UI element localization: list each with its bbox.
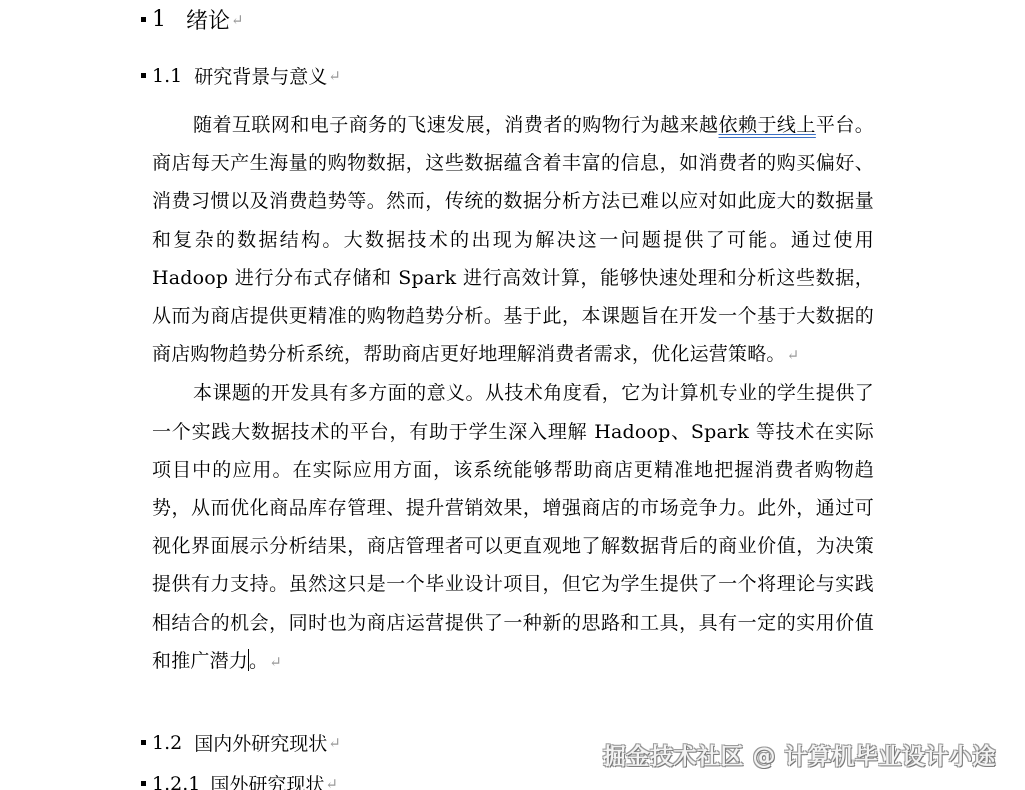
outline-bullet-icon <box>141 73 146 78</box>
paragraph-mark-icon: ↵ <box>787 346 800 364</box>
heading-1[interactable]: 1 绪论 ↵ <box>141 4 244 35</box>
paragraph-mark-icon: ↵ <box>231 11 244 29</box>
paragraph-mark-icon: ↵ <box>328 734 341 752</box>
heading-number: 1.2.1 <box>152 773 200 790</box>
watermark: 掘金技术社区 @ 计算机毕业设计小途 <box>603 738 996 771</box>
body-text[interactable]: 随着互联网和电子商务的飞速发展，消费者的购物行为越来越依赖于线上平台。商店每天产… <box>152 106 874 681</box>
heading-number: 1.1 <box>152 65 182 87</box>
outline-bullet-icon <box>141 781 146 786</box>
heading-1-2-1[interactable]: 1.2.1 国外研究现状 ↵ <box>141 770 338 790</box>
heading-number: 1 <box>152 7 166 32</box>
paragraph-significance[interactable]: 本课题的开发具有多方面的意义。从技术角度看，它为计算机专业的学生提供了一个实践大… <box>152 374 874 681</box>
heading-title: 研究背景与意义 <box>194 62 327 89</box>
outline-bullet-icon <box>141 17 146 22</box>
document-page[interactable]: 1 绪论 ↵ 1.1 研究背景与意义 ↵ 随着互联网和电子商务的飞速发展，消费者… <box>0 0 1025 790</box>
grammar-underline[interactable]: 依赖于线上 <box>719 114 816 136</box>
paragraph-background[interactable]: 随着互联网和电子商务的飞速发展，消费者的购物行为越来越依赖于线上平台。商店每天产… <box>152 106 874 374</box>
outline-bullet-icon <box>141 740 146 745</box>
heading-title: 绪论 <box>186 4 230 35</box>
heading-1-2[interactable]: 1.2 国内外研究现状 ↵ <box>141 729 341 756</box>
heading-title: 国内外研究现状 <box>194 729 327 756</box>
paragraph-mark-icon: ↵ <box>325 775 338 790</box>
heading-number: 1.2 <box>152 732 182 754</box>
heading-title: 国外研究现状 <box>210 770 324 790</box>
paragraph-mark-icon: ↵ <box>269 653 282 671</box>
heading-1-1[interactable]: 1.1 研究背景与意义 ↵ <box>141 62 341 89</box>
paragraph-mark-icon: ↵ <box>328 67 341 85</box>
